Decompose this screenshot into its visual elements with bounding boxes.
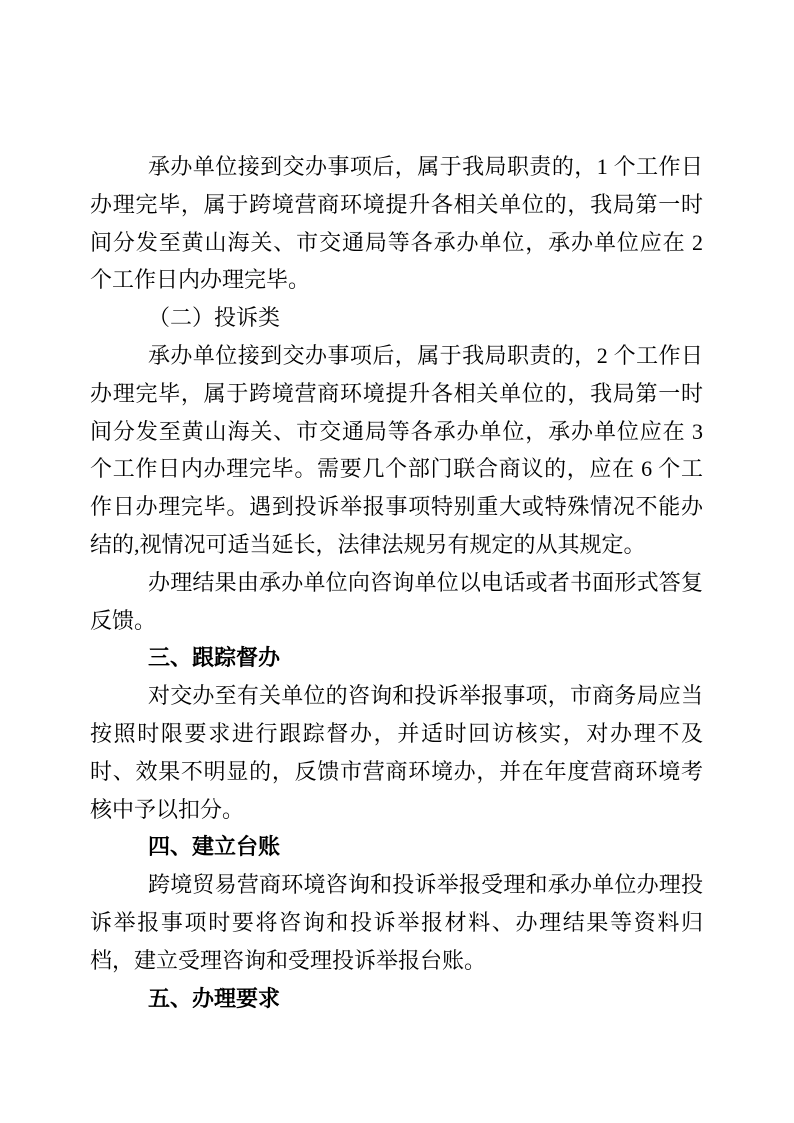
body-paragraph: 承办单位接到交办事项后，属于我局职责的，2 个工作日办理完毕，属于跨境营商环境提…	[90, 337, 703, 564]
body-paragraph: 办理结果由承办单位向咨询单位以电话或者书面形式答复反馈。	[90, 564, 703, 640]
document-body: 承办单位接到交办事项后，属于我局职责的，1 个工作日办理完毕，属于跨境营商环境提…	[90, 148, 703, 1017]
document-page: 承办单位接到交办事项后，属于我局职责的，1 个工作日办理完毕，属于跨境营商环境提…	[0, 0, 794, 1123]
section-heading: 三、跟踪督办	[90, 639, 703, 677]
body-paragraph: 跨境贸易营商环境咨询和投诉举报受理和承办单位办理投诉举报事项时要将咨询和投诉举报…	[90, 866, 703, 979]
body-paragraph: 承办单位接到交办事项后，属于我局职责的，1 个工作日办理完毕，属于跨境营商环境提…	[90, 148, 703, 299]
section-heading: 四、建立台账	[90, 828, 703, 866]
subsection-heading: （二）投诉类	[90, 299, 703, 337]
body-paragraph: 对交办至有关单位的咨询和投诉举报事项，市商务局应当按照时限要求进行跟踪督办，并适…	[90, 677, 703, 828]
section-heading: 五、办理要求	[90, 980, 703, 1018]
